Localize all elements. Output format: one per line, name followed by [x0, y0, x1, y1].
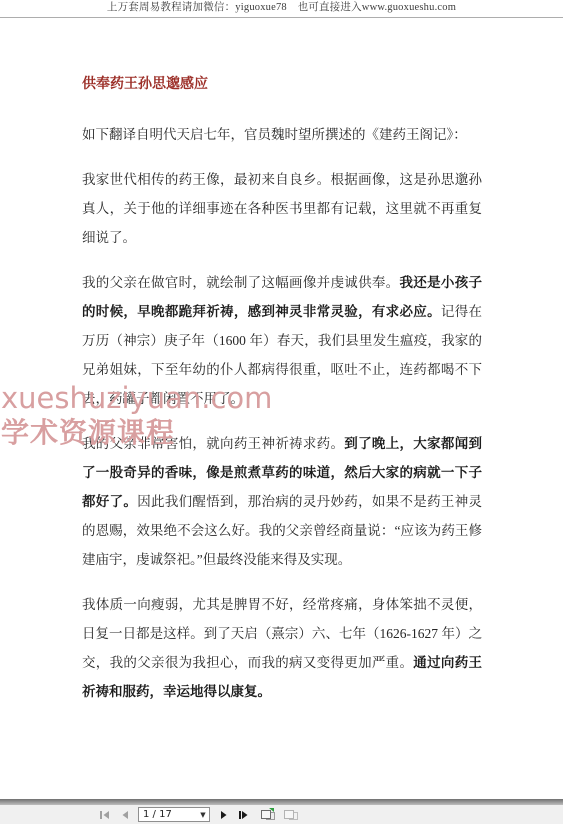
next-view-button[interactable] — [283, 808, 299, 821]
previous-view-icon — [260, 808, 276, 821]
previous-view-button[interactable] — [260, 808, 276, 821]
paragraph: 如下翻译自明代天启七年，官员魏时望所撰述的《建药王阁记》： — [82, 120, 482, 149]
previous-page-button[interactable] — [118, 808, 131, 821]
last-page-button[interactable] — [237, 808, 250, 821]
status-bar: ▼ — [0, 805, 563, 824]
paragraph: 我的父亲非常害怕，就向药王神祈祷求药。到了晚上，大家都闻到了一股奇异的香味，像是… — [82, 429, 482, 574]
page-header-notice: 上万套周易教程请加微信：yiguoxue78 也可直接进入www.guoxues… — [0, 0, 563, 18]
next-page-icon — [220, 810, 228, 820]
paragraph: 我的父亲在做官时，就绘制了这幅画像并虔诚供奉。我还是小孩子的时候，早晚都跪拜祈祷… — [82, 268, 482, 413]
page-navigation: ▼ — [98, 807, 299, 822]
page-number-input[interactable] — [139, 809, 197, 821]
text-run: 因此我们醒悟到，那治病的灵丹妙药，如果不是药王神灵的恩赐，效果绝不会这么好。我的… — [82, 494, 482, 567]
document-body: 如下翻译自明代天启七年，官员魏时望所撰述的《建药王阁记》：我家世代相传的药王像，… — [82, 120, 482, 706]
chevron-down-icon[interactable]: ▼ — [197, 808, 209, 821]
first-page-button[interactable] — [98, 808, 111, 821]
text-run: 如下翻译自明代天启七年，官员魏时望所撰述的《建药王阁记》： — [82, 127, 467, 142]
paragraph: 我体质一向瘦弱，尤其是脾胃不好，经常疼痛，身体笨拙不灵便，日复一日都是这样。到了… — [82, 590, 482, 706]
next-page-button[interactable] — [217, 808, 230, 821]
previous-page-icon — [121, 810, 129, 820]
page-number-combobox[interactable]: ▼ — [138, 807, 210, 822]
next-view-icon — [283, 808, 299, 821]
text-run: 我家世代相传的药王像，最初来自良乡。根据画像，这是孙思邈孙真人，关于他的详细事迹… — [82, 172, 482, 245]
text-run: 记得在万历（神宗）庚子年（1600 年）春天，我们县里发生瘟疫，我家的兄弟姐妹，… — [82, 304, 482, 406]
pdf-viewer-window: 上万套周易教程请加微信：yiguoxue78 也可直接进入www.guoxues… — [0, 0, 563, 824]
paragraph: 我家世代相传的药王像，最初来自良乡。根据画像，这是孙思邈孙真人，关于他的详细事迹… — [82, 165, 482, 252]
text-run: 我的父亲非常害怕，就向药王神祈祷求药。 — [82, 436, 344, 451]
first-page-icon — [99, 810, 110, 820]
pdf-page: 供奉药王孙思邈感应 如下翻译自明代天启七年，官员魏时望所撰述的《建药王阁记》：我… — [82, 18, 482, 706]
last-page-icon — [238, 810, 249, 820]
text-run: 我的父亲在做官时，就绘制了这幅画像并虔诚供奉。 — [82, 275, 399, 290]
document-title: 供奉药王孙思邈感应 — [82, 76, 482, 94]
